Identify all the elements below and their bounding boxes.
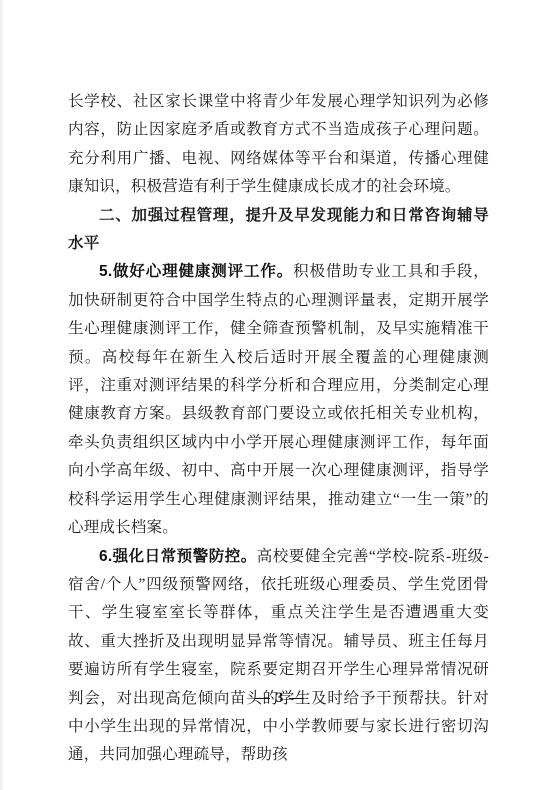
paragraph-item-5: 5.做好心理健康测评工作。积极借助专业工具和手段，加快研制更符合中国学生特点的心… <box>68 258 489 542</box>
paragraph-lead: 6.强化日常预警防控。 <box>99 548 257 565</box>
paragraph-text: 高校要健全完善“学校-院系-班级-宿舍/个人”四级预警网络，依托班级心理委员、学… <box>68 548 489 764</box>
page-number: — 3 — <box>0 690 560 707</box>
document-page: 长学校、社区家长课堂中将青少年发展心理学知识列为必修内容，防止因家庭矛盾或教育方… <box>0 0 560 790</box>
paragraph-text: 长学校、社区家长课堂中将青少年发展心理学知识列为必修内容，防止因家庭矛盾或教育方… <box>68 93 489 195</box>
paragraph-continuation: 长学校、社区家长课堂中将青少年发展心理学知识列为必修内容，防止因家庭矛盾或教育方… <box>68 88 489 202</box>
section-heading-text: 二、加强过程管理，提升及早发现能力和日常咨询辅导水平 <box>68 207 489 252</box>
paragraph-lead: 5.做好心理健康测评工作。 <box>99 263 293 280</box>
section-heading: 二、加强过程管理，提升及早发现能力和日常咨询辅导水平 <box>68 202 489 259</box>
page-edge-shading <box>0 0 3 790</box>
document-body: 长学校、社区家长课堂中将青少年发展心理学知识列为必修内容，防止因家庭矛盾或教育方… <box>68 88 489 770</box>
paragraph-text: 积极借助专业工具和手段，加快研制更符合中国学生特点的心理测评量表，定期开展学生心… <box>68 263 489 536</box>
paragraph-item-6: 6.强化日常预警防控。高校要健全完善“学校-院系-班级-宿舍/个人”四级预警网络… <box>68 543 489 770</box>
